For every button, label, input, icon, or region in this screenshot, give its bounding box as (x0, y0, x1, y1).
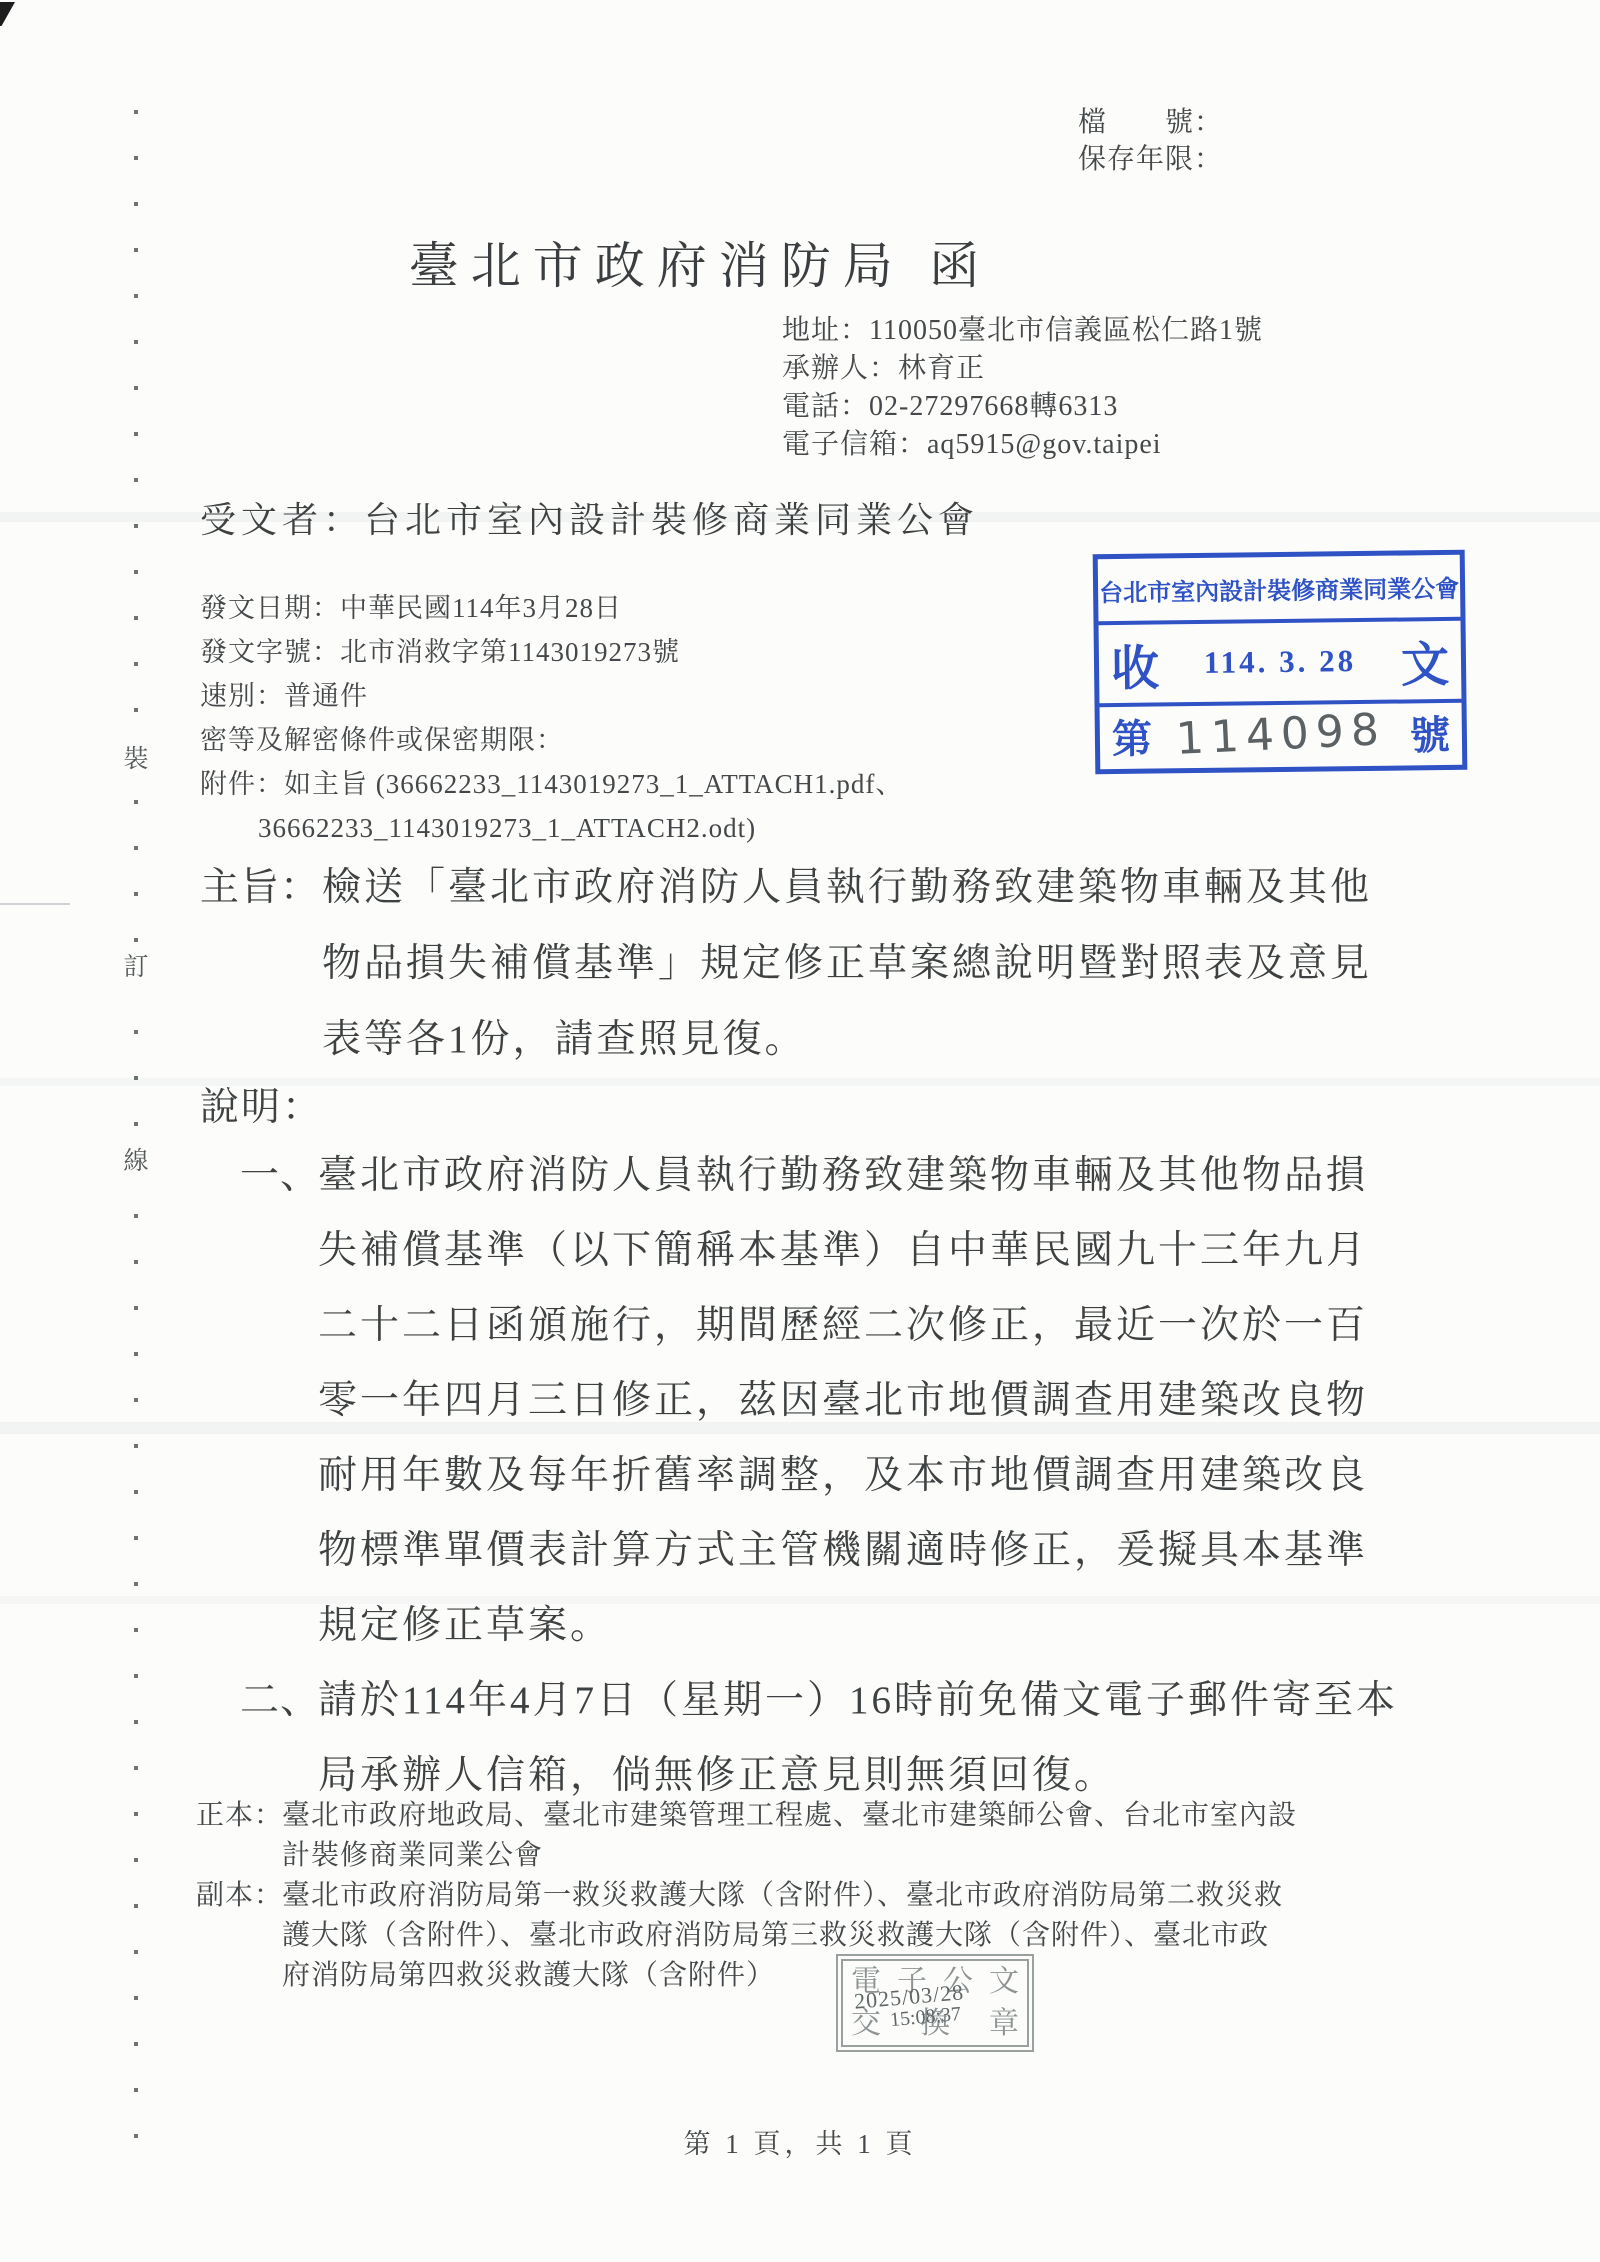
item-1-text-1: 臺北市政府消防人員執行勤務致建築物車輛及其他物品損 (318, 1154, 1368, 1197)
binding-mark-zhuang: 裝 (118, 738, 154, 782)
file-number-block: 檔 號： 保存年限： (1078, 104, 1223, 178)
subject-label: 主旨： (200, 850, 322, 926)
item-1-text-3: 二十二日函頒施行，期間歷經二次修正，最近一次於一百 (318, 1288, 1398, 1363)
sender-email: 電子信箱：aq5915@gov.taipei (782, 426, 1263, 464)
sender-contact-person: 承辦人：林育正 (782, 350, 1263, 388)
item-1-text-2: 失補償基準（以下簡稱本基準）自中華民國九十三年九月 (318, 1213, 1398, 1288)
scan-streak (0, 903, 70, 905)
original-copy-text-1: 臺北市政府地政局、臺北市建築管理工程處、臺北市建築師公會、台北市室內設 (282, 1800, 1297, 1831)
document-title: 臺北市政府消防局 函 (140, 226, 1260, 298)
receipt-stamp-date-row: 收 114. 3. 28 文 (1099, 621, 1462, 707)
receipt-stamp-date: 114. 3. 28 (1204, 643, 1357, 681)
subject-text-3: 表等各1份，請查照見復。 (322, 1002, 1372, 1078)
retention-period-label: 保存年限： (1078, 141, 1223, 178)
receipt-stamp-number-suffix: 號 (1410, 703, 1451, 760)
subject-line-1: 主旨：檢送「臺北市政府消防人員執行勤務致建築物車輛及其他 (200, 850, 1372, 926)
sender-address: 地址：110050臺北市信義區松仁路1號 (782, 312, 1263, 350)
distribution-block: 正本：臺北市政府地政局、臺北市建築管理工程處、臺北市建築師公會、台北市室內設 計… (196, 1796, 1297, 1996)
subject-text-2: 物品損失補償基準」規定修正草案總說明暨對照表及意見 (322, 926, 1372, 1002)
item-1-number: 一、 (240, 1138, 318, 1213)
item-1-text-4: 零一年四月三日修正，茲因臺北市地價調查用建築改良物 (318, 1363, 1398, 1438)
carbon-copy-line-1: 副本：臺北市政府消防局第一救災救護大隊（含附件）、臺北市政府消防局第二救災救 (196, 1876, 1297, 1916)
item-2-text-1: 請於114年4月7日（星期一）16時前免備文電子郵件寄至本 (318, 1679, 1398, 1722)
item-1-text-7: 規定修正草案。 (318, 1588, 1398, 1663)
receipt-stamp-org-name: 台北市室內設計裝修商業同業公會 (1098, 555, 1461, 625)
attachment-line-1: 附件：如主旨 (36662233_1143019273_1_ATTACH1.pd… (200, 762, 903, 806)
recipient-line: 受文者：台北市室內設計裝修商業同業公會 (200, 492, 979, 543)
scanned-official-letter: 裝 訂 線 檔 號： 保存年限： 臺北市政府消防局 函 地址：110050臺北市… (0, 0, 1600, 2262)
item-1-line-1: 一、臺北市政府消防人員執行勤務致建築物車輛及其他物品損 (240, 1138, 1398, 1213)
page-number: 第 1 頁，共 1 頁 (0, 2122, 1600, 2161)
item-1-text-5: 耐用年數及每年折舊率調整，及本市地價調查用建築改良 (318, 1438, 1398, 1513)
original-copy-line-1: 正本：臺北市政府地政局、臺北市建築管理工程處、臺北市建築師公會、台北市室內設 (196, 1796, 1297, 1836)
doc-number-line: 發文字號：北市消救字第1143019273號 (200, 630, 903, 674)
item-2-line-1: 二、請於114年4月7日（星期一）16時前免備文電子郵件寄至本 (240, 1663, 1398, 1738)
carbon-copy-text-1: 臺北市政府消防局第一救災救護大隊（含附件）、臺北市政府消防局第二救災救 (282, 1880, 1283, 1911)
subject-text-1: 檢送「臺北市政府消防人員執行勤務致建築物車輛及其他 (322, 866, 1372, 909)
carbon-copy-label: 副本： (196, 1876, 282, 1916)
carbon-copy-text-3: 府消防局第四救災救護大隊（含附件） (282, 1956, 1297, 1996)
scan-corner-mark (0, 2, 15, 26)
original-copy-text-2: 計裝修商業同業公會 (282, 1836, 1297, 1876)
carbon-copy-text-2: 護大隊（含附件）、臺北市政府消防局第三救災救護大隊（含附件）、臺北市政 (282, 1916, 1297, 1956)
subject-section: 主旨：檢送「臺北市政府消防人員執行勤務致建築物車輛及其他 物品損失補償基準」規定… (200, 850, 1372, 1078)
electronic-exchange-stamp: 電子公文 交換章 2025/03/28 15:08:37 (836, 1954, 1034, 2052)
item-1-text-6: 物標準單價表計算方式主管機關適時修正，爰擬具本基準 (318, 1513, 1398, 1588)
receipt-stamp: 台北市室內設計裝修商業同業公會 收 114. 3. 28 文 第 114098 … (1093, 550, 1468, 775)
secrecy-line: 密等及解密條件或保密期限： (200, 718, 903, 762)
receipt-stamp-number-prefix: 第 (1112, 707, 1153, 764)
receipt-stamp-number-row: 第 114098 號 (1100, 703, 1463, 765)
item-2-number: 二、 (240, 1663, 318, 1738)
original-copy-label: 正本： (196, 1796, 282, 1836)
binding-dotted-line (134, 110, 138, 2158)
attachment-line-2: 36662233_1143019273_1_ATTACH2.odt) (258, 806, 903, 850)
binding-mark-xian: 線 (118, 1140, 154, 1184)
sender-phone: 電話：02-27297668轉6313 (782, 388, 1263, 426)
document-meta-block: 發文日期：中華民國114年3月28日 發文字號：北市消救字第1143019273… (200, 586, 903, 850)
issue-date-line: 發文日期：中華民國114年3月28日 (200, 586, 903, 630)
binding-mark-ding: 訂 (118, 946, 154, 990)
receipt-stamp-handwritten-number: 114098 (1175, 704, 1387, 765)
description-items: 一、臺北市政府消防人員執行勤務致建築物車輛及其他物品損 失補償基準（以下簡稱本基… (240, 1138, 1398, 1813)
sender-info-block: 地址：110050臺北市信義區松仁路1號 承辦人：林育正 電話：02-27297… (782, 312, 1263, 464)
receipt-stamp-receive-char: 收 (1111, 629, 1160, 699)
speed-class-line: 速別：普通件 (200, 674, 903, 718)
receipt-stamp-doc-char: 文 (1401, 625, 1450, 695)
file-number-label: 檔 號： (1078, 104, 1223, 141)
description-label: 說明： (200, 1076, 323, 1132)
